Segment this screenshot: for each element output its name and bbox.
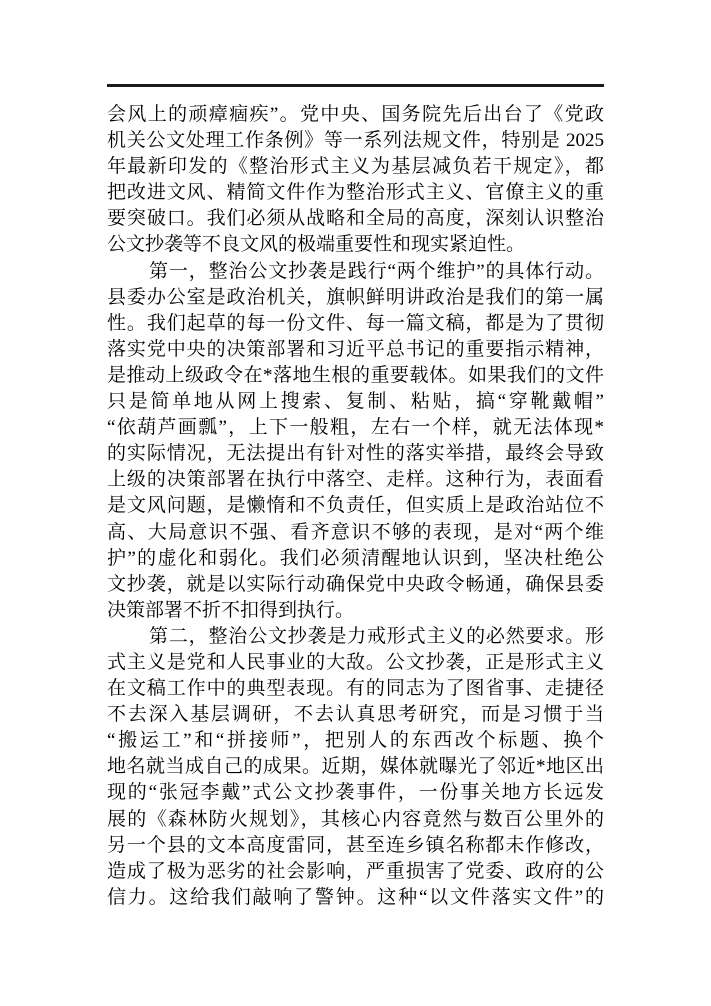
paragraph: 第二，整治公文抄袭是力戒形式主义的必然要求。形式主义是党和人民事业的大敌。公文抄… xyxy=(107,624,604,911)
text-line: “依葫芦画瓢”，上下一般粗，左右一个样，就无法体现* xyxy=(107,415,604,441)
text-line: 是推动上级政令在*落地生根的重要载体。如果我们的文件 xyxy=(107,363,604,389)
text-line: 造成了极为恶劣的社会影响，严重损害了党委、政府的公 xyxy=(107,859,604,885)
text-line: 公文抄袭等不良文风的极端重要性和现实紧迫性。 xyxy=(107,232,604,258)
text-line: 要突破口。我们必须从战略和全局的高度，深刻认识整治 xyxy=(107,206,604,232)
text-line: 上级的决策部署在执行中落空、走样。这种行为，表面看 xyxy=(107,467,604,493)
text-line: 会风上的顽瘴痼疾”。党中央、国务院先后出台了《党政 xyxy=(107,102,604,128)
text-line: 式主义是党和人民事业的大敌。公文抄袭，正是形式主义 xyxy=(107,650,604,676)
text-line: 性。我们起草的每一份文件、每一篇文稿，都是为了贯彻 xyxy=(107,311,604,337)
text-line: 现的“张冠李戴”式公文抄袭事件，一份事关地方长远发 xyxy=(107,780,604,806)
text-line: 展的《森林防火规划》，其核心内容竟然与数百公里外的 xyxy=(107,807,604,833)
text-line: 第二，整治公文抄袭是力戒形式主义的必然要求。形 xyxy=(107,624,604,650)
header-rule xyxy=(107,84,604,87)
text-line: “搬运工”和“拼接师”，把别人的东西改个标题、换个 xyxy=(107,728,604,754)
text-line: 机关公文处理工作条例》等一系列法规文件，特别是 2025 xyxy=(107,128,604,154)
text-line: 年最新印发的《整治形式主义为基层减负若干规定》，都 xyxy=(107,154,604,180)
document-body: 会风上的顽瘴痼疾”。党中央、国务院先后出台了《党政机关公文处理工作条例》等一系列… xyxy=(107,102,604,911)
text-line: 护”的虚化和弱化。我们必须清醒地认识到，坚决杜绝公 xyxy=(107,546,604,572)
text-line: 文抄袭，就是以实际行动确保党中央政令畅通，确保县委 xyxy=(107,572,604,598)
text-line: 把改进文风、精简文件作为整治形式主义、官僚主义的重 xyxy=(107,180,604,206)
paragraph: 会风上的顽瘴痼疾”。党中央、国务院先后出台了《党政机关公文处理工作条例》等一系列… xyxy=(107,102,604,259)
text-line: 第一，整治公文抄袭是践行“两个维护”的具体行动。 xyxy=(107,259,604,285)
text-line: 高、大局意识不强、看齐意识不够的表现，是对“两个维 xyxy=(107,520,604,546)
text-line: 是文风问题，是懒惰和不负责任，但实质上是政治站位不 xyxy=(107,493,604,519)
text-line: 在文稿工作中的典型表现。有的同志为了图省事、走捷径 xyxy=(107,676,604,702)
text-line: 只是简单地从网上搜索、复制、粘贴，搞“穿靴戴帽” xyxy=(107,389,604,415)
text-line: 地名就当成自己的成果。近期，媒体就曝光了邻近*地区出 xyxy=(107,754,604,780)
document-page: 会风上的顽瘴痼疾”。党中央、国务院先后出台了《党政机关公文处理工作条例》等一系列… xyxy=(0,0,711,1006)
text-line: 的实际情况，无法提出有针对性的落实举措，最终会导致 xyxy=(107,441,604,467)
text-line: 信力。这给我们敲响了警钟。这种“以文件落实文件”的 xyxy=(107,885,604,911)
text-line: 县委办公室是政治机关，旗帜鲜明讲政治是我们的第一属 xyxy=(107,285,604,311)
text-line: 决策部署不折不扣得到执行。 xyxy=(107,598,604,624)
text-line: 落实党中央的决策部署和习近平总书记的重要指示精神， xyxy=(107,337,604,363)
text-line: 另一个县的文本高度雷同，甚至连乡镇名称都未作修改， xyxy=(107,833,604,859)
paragraph: 第一，整治公文抄袭是践行“两个维护”的具体行动。县委办公室是政治机关，旗帜鲜明讲… xyxy=(107,259,604,624)
text-line: 不去深入基层调研，不去认真思考研究，而是习惯于当 xyxy=(107,702,604,728)
